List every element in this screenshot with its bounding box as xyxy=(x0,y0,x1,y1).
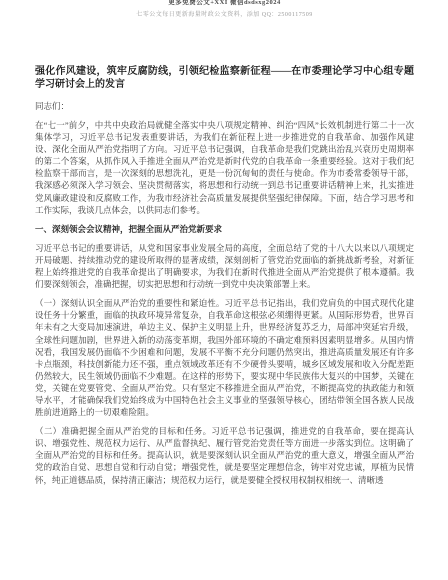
paragraph-3: （二）准确把握全面从严治党的目标和任务。习近平总书记强调，推进党的自我革命，要在… xyxy=(35,425,414,485)
paragraph-1: 习近平总书记的重要讲话，从党和国家事业发展全局的高度，全面总结了党的十八大以来以… xyxy=(35,242,414,290)
salutation: 同志们： xyxy=(35,100,414,112)
promo-header: 更多免费公文+XXI 微信dsdsxg2024 七零公文每日更新海量时政公文资料… xyxy=(35,0,414,18)
document-page: 更多免费公文+XXI 微信dsdsxg2024 七零公文每日更新海量时政公文资料… xyxy=(0,0,448,580)
paragraph-2: （一）深刻认识全面从严治党的重要性和紧迫性。习近平总书记指出，我们党肩负的中国式… xyxy=(35,297,414,418)
document-body: 强化作风建设，筑牢反腐防线，引领纪检监察新征程——在市委理论学习中心组专题学习研… xyxy=(35,65,414,486)
promo-line-1: 更多免费公文+XXI 微信dsdsxg2024 xyxy=(35,0,414,6)
paragraph-intro: 在“七一”前夕，中共中央政治局就健全落实中央八项规定精神、纠治“四风”长效机制进… xyxy=(35,119,414,216)
document-title: 强化作风建设，筑牢反腐防线，引领纪检监察新征程——在市委理论学习中心组专题学习研… xyxy=(35,65,414,91)
promo-line-2: 七零公文每日更新海量时政公文资料，添加 QQ：2500117509 xyxy=(35,9,414,18)
section-heading-1: 一、深刻领会会议精神，把握全面从严治党新要求 xyxy=(35,223,414,235)
